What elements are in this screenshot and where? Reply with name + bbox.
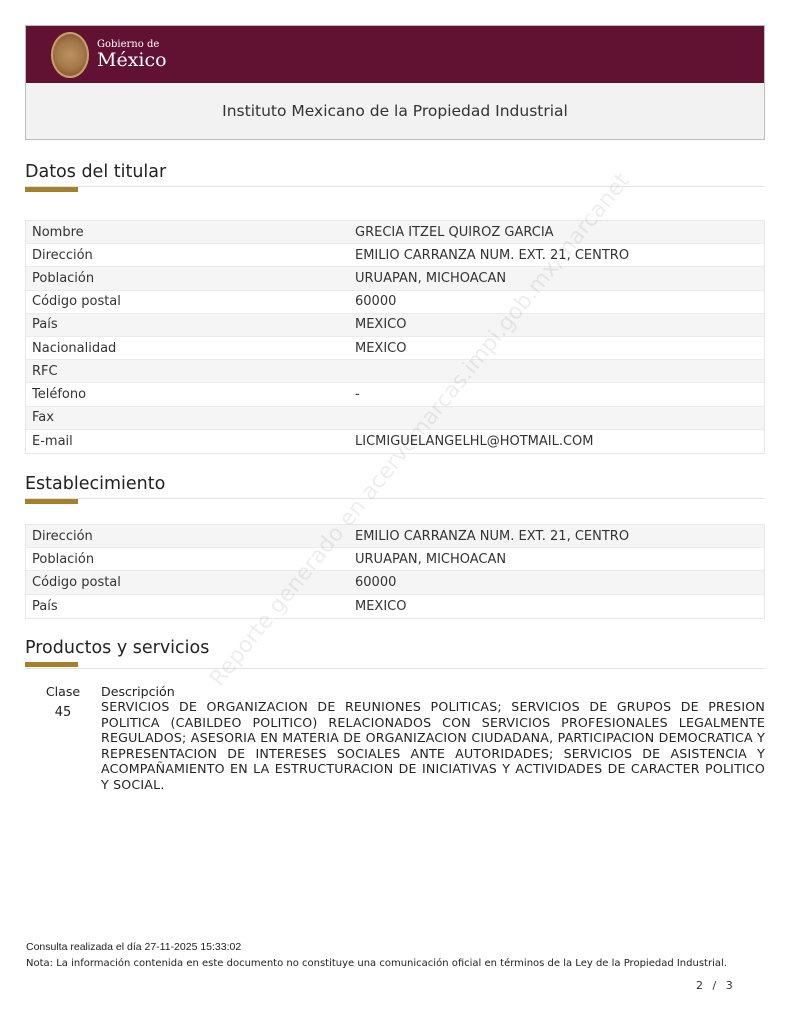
section-title-productos: Productos y servicios bbox=[25, 638, 765, 658]
table-row: PaísMEXICO bbox=[26, 595, 764, 618]
table-row: Código postal60000 bbox=[26, 291, 764, 314]
section-title-titular: Datos del titular bbox=[25, 162, 765, 182]
institution-name: Instituto Mexicano de la Propiedad Indus… bbox=[26, 83, 764, 139]
field-label: Población bbox=[26, 271, 350, 286]
field-label: Población bbox=[26, 552, 350, 567]
field-label: Teléfono bbox=[26, 387, 350, 402]
field-value: LICMIGUELANGELHL@HOTMAIL.COM bbox=[350, 434, 764, 449]
field-value: GRECIA ITZEL QUIROZ GARCIA bbox=[350, 225, 764, 240]
table-row: NacionalidadMEXICO bbox=[26, 337, 764, 360]
field-label: Código postal bbox=[26, 575, 350, 590]
clase-value: 45 bbox=[25, 699, 101, 792]
product-row: 45 SERVICIOS DE ORGANIZACION DE REUNIONE… bbox=[25, 699, 765, 792]
descripcion-header: Descripción bbox=[101, 684, 765, 699]
field-value: - bbox=[350, 387, 764, 402]
field-label: Código postal bbox=[26, 294, 350, 309]
legal-note: Nota: La información contenida en este d… bbox=[26, 958, 727, 969]
national-seal-icon bbox=[51, 32, 89, 78]
field-label: País bbox=[26, 599, 350, 614]
table-row: PoblaciónURUAPAN, MICHOACAN bbox=[26, 548, 764, 571]
field-label: RFC bbox=[26, 364, 350, 379]
field-value: MEXICO bbox=[350, 317, 764, 332]
table-row: RFC bbox=[26, 360, 764, 383]
gobierno-logo: Gobierno de México bbox=[51, 32, 167, 78]
section-accent bbox=[25, 499, 78, 504]
table-row: DirecciónEMILIO CARRANZA NUM. EXT. 21, C… bbox=[26, 525, 764, 548]
field-value: 60000 bbox=[350, 575, 764, 590]
clase-header: Clase bbox=[25, 684, 101, 699]
section-accent bbox=[25, 662, 78, 667]
table-row: DirecciónEMILIO CARRANZA NUM. EXT. 21, C… bbox=[26, 244, 764, 267]
section-title-establecimiento: Establecimiento bbox=[25, 474, 765, 494]
section-rule bbox=[25, 668, 765, 669]
field-value: EMILIO CARRANZA NUM. EXT. 21, CENTRO bbox=[350, 529, 764, 544]
field-value: 60000 bbox=[350, 294, 764, 309]
consulta-timestamp: Consulta realizada el día 27-11-2025 15:… bbox=[26, 941, 241, 953]
titular-table: NombreGRECIA ITZEL QUIROZ GARCIADirecció… bbox=[25, 220, 765, 454]
table-row: PaísMEXICO bbox=[26, 314, 764, 337]
page-header: Gobierno de México Instituto Mexicano de… bbox=[25, 25, 765, 140]
field-value: EMILIO CARRANZA NUM. EXT. 21, CENTRO bbox=[350, 248, 764, 263]
field-label: Dirección bbox=[26, 529, 350, 544]
field-value: MEXICO bbox=[350, 341, 764, 356]
logo-line2: México bbox=[97, 51, 167, 70]
establecimiento-table: DirecciónEMILIO CARRANZA NUM. EXT. 21, C… bbox=[25, 524, 765, 619]
field-label: Dirección bbox=[26, 248, 350, 263]
field-label: E-mail bbox=[26, 434, 350, 449]
descripcion-value: SERVICIOS DE ORGANIZACION DE REUNIONES P… bbox=[101, 699, 765, 792]
table-row: Teléfono- bbox=[26, 383, 764, 406]
field-label: Nacionalidad bbox=[26, 341, 350, 356]
table-row: E-mailLICMIGUELANGELHL@HOTMAIL.COM bbox=[26, 430, 764, 453]
table-row: Fax bbox=[26, 407, 764, 430]
table-row: PoblaciónURUAPAN, MICHOACAN bbox=[26, 267, 764, 290]
section-rule bbox=[25, 186, 765, 187]
section-rule bbox=[25, 498, 765, 499]
field-value: URUAPAN, MICHOACAN bbox=[350, 271, 764, 286]
header-band: Gobierno de México bbox=[26, 26, 764, 83]
table-row: NombreGRECIA ITZEL QUIROZ GARCIA bbox=[26, 221, 764, 244]
page-number: 2 / 3 bbox=[696, 979, 733, 992]
table-row: Código postal60000 bbox=[26, 571, 764, 594]
field-label: Nombre bbox=[26, 225, 350, 240]
field-label: País bbox=[26, 317, 350, 332]
field-value: MEXICO bbox=[350, 599, 764, 614]
field-value: URUAPAN, MICHOACAN bbox=[350, 552, 764, 567]
field-label: Fax bbox=[26, 410, 350, 425]
section-accent bbox=[25, 187, 78, 192]
products-table: Clase Descripción 45 SERVICIOS DE ORGANI… bbox=[25, 684, 765, 792]
